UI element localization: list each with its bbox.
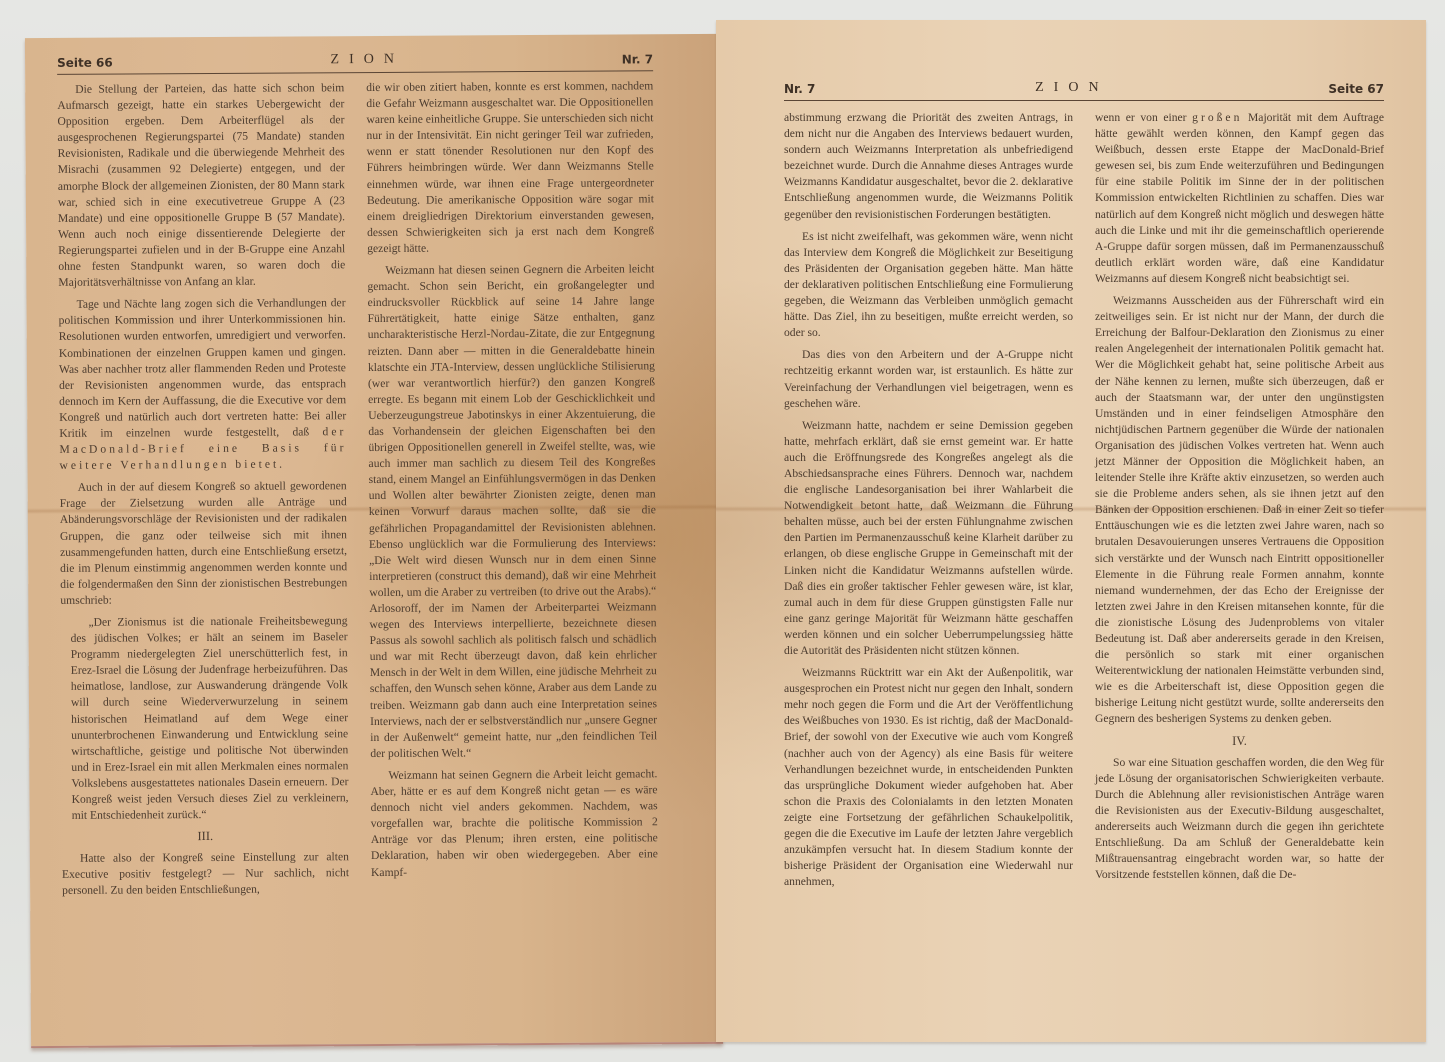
column-2: wenn er von einer großen Majorität mit d…: [1095, 110, 1384, 896]
column-1: Die Stellung der Parteien, das hatte sic…: [57, 80, 349, 905]
paragraph-text: Tage und Nächte lang zogen sich die Verh…: [59, 296, 347, 440]
page-number: Seite 67: [1328, 82, 1384, 96]
paragraph: Tage und Nächte lang zogen sich die Verh…: [59, 295, 347, 474]
paragraph: Weizmanns Ausscheiden aus der Führerscha…: [1095, 293, 1384, 728]
publication-title: ZION: [1035, 80, 1108, 96]
paragraph-text: wenn er von einer: [1095, 111, 1187, 124]
paragraph: die wir oben zitiert haben, konnte es er…: [366, 78, 654, 257]
right-page-header: Nr. 7 ZION Seite 67: [784, 80, 1384, 101]
emphasized-text: großen: [1192, 111, 1242, 124]
section-heading: IV.: [1095, 734, 1384, 749]
left-page-columns: Die Stellung der Parteien, das hatte sic…: [57, 78, 658, 905]
paragraph: Das dies von den Arbeitern und der A-Gru…: [784, 347, 1073, 411]
issue-number: Nr. 7: [622, 52, 653, 66]
right-page: Nr. 7 ZION Seite 67 abstimmung erzwang d…: [716, 20, 1426, 1042]
paragraph: Hatte also der Kongreß seine Einstellung…: [62, 849, 349, 899]
paragraph: Es ist nicht zweifelhaft, was gekommen w…: [784, 229, 1073, 342]
left-page-header: Seite 66 ZION Nr. 7: [57, 50, 653, 75]
section-heading: III.: [62, 828, 349, 845]
paragraph: abstimmung erzwang die Priorität des zwe…: [784, 110, 1073, 223]
right-page-columns: abstimmung erzwang die Priorität des zwe…: [784, 110, 1384, 896]
left-page: Seite 66 ZION Nr. 7 Die Stellung der Par…: [25, 34, 723, 1048]
page-number: Seite 66: [57, 56, 113, 70]
paragraph: Weizmann hatte, nachdem er seine Demissi…: [784, 418, 1073, 659]
issue-number: Nr. 7: [784, 82, 815, 96]
paragraph: Auch in der auf diesem Kongreß so aktuel…: [60, 478, 348, 609]
paragraph: Weizmanns Rücktritt war ein Akt der Auße…: [784, 665, 1073, 890]
paragraph: Die Stellung der Parteien, das hatte sic…: [57, 80, 345, 291]
column-1: abstimmung erzwang die Priorität des zwe…: [784, 110, 1073, 896]
column-2: die wir oben zitiert haben, konnte es er…: [366, 78, 658, 903]
paragraph: wenn er von einer großen Majorität mit d…: [1095, 110, 1384, 287]
publication-title: ZION: [330, 52, 404, 68]
block-quote: „Der Zionismus ist die nationale Freihei…: [70, 613, 348, 824]
paragraph: Weizmann hat diesen seinen Gegnern die A…: [367, 261, 657, 762]
paragraph: Weizmann hat seinen Gegnern die Arbeit l…: [370, 766, 658, 880]
paragraph-text: Majorität mit dem Auftrage hätte gewählt…: [1095, 111, 1384, 285]
paragraph: So war eine Situation geschaffen worden,…: [1095, 755, 1384, 884]
